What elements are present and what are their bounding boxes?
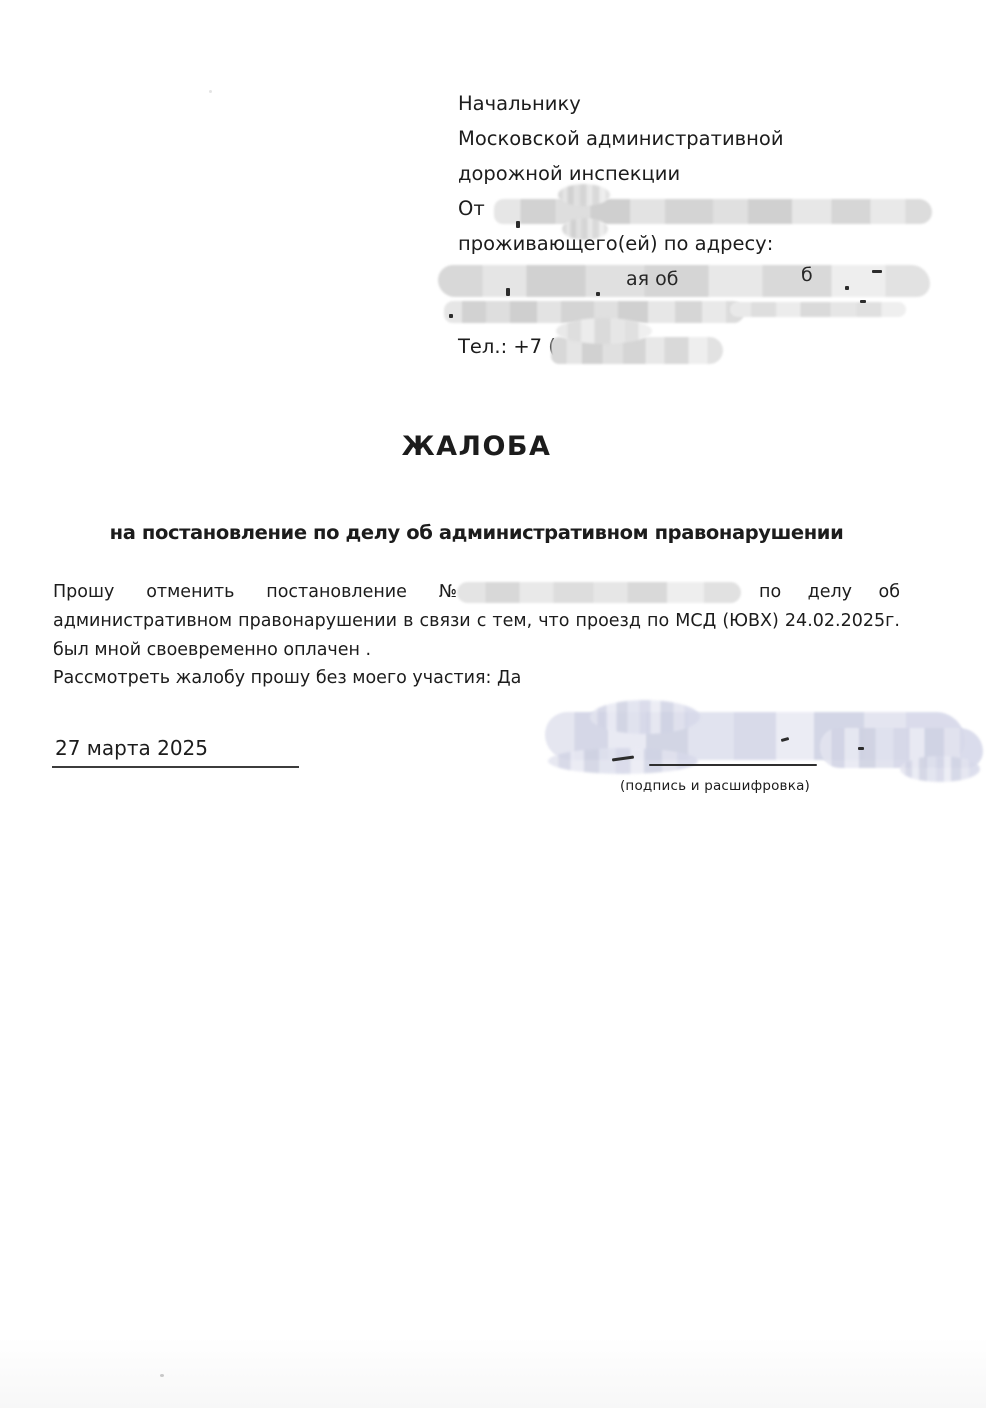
recipient-line-2: Московской административной [458, 126, 784, 152]
scan-speck [160, 1374, 164, 1377]
redaction-sender-name [494, 199, 932, 224]
date-underline [52, 766, 299, 768]
document-subtitle: на постановление по делу об администрати… [53, 521, 900, 544]
redaction-signature-bump-top [590, 700, 700, 734]
address-fragment-letter: б [801, 264, 813, 286]
address-glyph-fragment-comma [506, 288, 510, 296]
redaction-address-line-2-tail [730, 302, 906, 317]
sender-residing-line: проживающего(ей) по адресу: [458, 231, 773, 257]
sender-phone-label: Тел.: +7 ( [458, 334, 556, 360]
scan-speck-2 [209, 90, 212, 93]
sender-from-label: От [458, 196, 485, 222]
address-glyph-fragment-dash [872, 270, 882, 273]
redaction-signature-bump-bottom [548, 748, 698, 774]
signature-caption: (подпись и расшифровка) [575, 778, 855, 794]
document-title: ЖАЛОБА [53, 431, 900, 462]
signature-stroke-fragment3 [858, 747, 864, 750]
redaction-phone-bump [556, 318, 652, 344]
recipient-line-1: Начальнику [458, 91, 581, 117]
body-line-1-left: Прошуотменитьпостановление№ [53, 580, 457, 604]
redaction-signature-tail [900, 756, 980, 782]
no-participation-line: Рассмотреть жалобу прошу без моего участ… [53, 666, 900, 690]
body-line-2: административномправонарушениивсвязистем… [53, 609, 900, 633]
redaction-address-line-1 [438, 265, 930, 297]
document-date: 27 марта 2025 [55, 736, 208, 760]
signature-line-fragment [649, 764, 817, 766]
body-line-1-right: поделуоб [759, 580, 900, 604]
address-fragment-text: ая об [626, 268, 678, 290]
address2-glyph-fragment [449, 314, 453, 318]
address-glyph-fragment-dot [596, 292, 600, 296]
address-glyph-fragment-dot2 [845, 286, 849, 290]
address2-glyph-fragment2 [860, 300, 866, 303]
recipient-line-3: дорожной инспекции [458, 161, 680, 187]
body-line-1: Прошуотменитьпостановление№ поделуоб [53, 580, 900, 604]
redaction-case-number [457, 582, 741, 603]
body-line-3: был мной своевременно оплачен . [53, 638, 900, 662]
complaint-document-page: Начальнику Московской административной д… [0, 0, 986, 1408]
redaction-sender-name-bump-top [558, 184, 610, 206]
sender-name-glyph-fragment [516, 221, 520, 228]
